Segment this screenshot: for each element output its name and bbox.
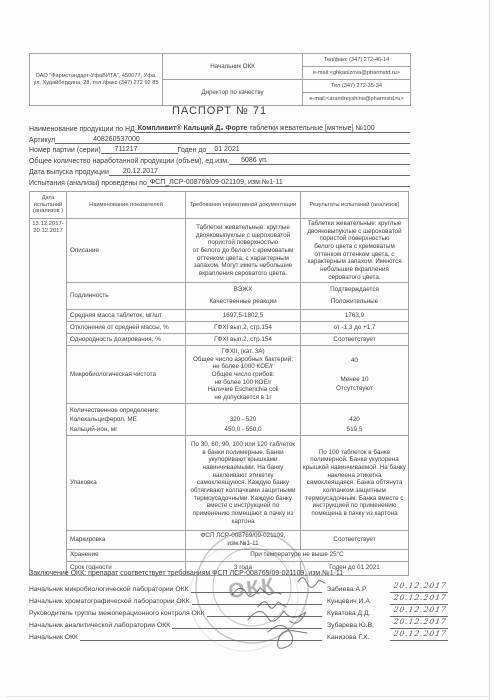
row-name: Средняя масса таблеток, мг/шт	[67, 310, 186, 322]
form-line-article: Артикул 408260537000	[29, 133, 410, 144]
email-bottom: e-mail:<arandreyshina@pharmstd.ru>	[303, 93, 411, 106]
form-label: Наименование продукции по НД	[29, 126, 135, 133]
form-value: 20.12.2017	[109, 168, 163, 176]
signature-row: Начальник микробиологической лаборатории…	[29, 581, 449, 593]
signature-row: Начальник ОКК Канизова Г.Х. 20.12.2017	[29, 629, 449, 641]
handwritten-date: 20.12.2017	[390, 581, 450, 593]
form-underline	[163, 175, 410, 176]
signature-line	[172, 619, 322, 629]
scan-edge-shadow	[489, 0, 490, 700]
row-requirement: ГФХII, (кат. 3А) Общее число аэробных ба…	[186, 346, 301, 404]
form-value: Компливит® Кальций Д₃ Форте таблетки жев…	[135, 125, 380, 133]
row-result: Соответствует	[301, 334, 409, 346]
form-underline	[380, 132, 410, 133]
signer-name: Куватова Д.Д.	[322, 610, 391, 617]
signature-line	[192, 595, 322, 605]
signature-block: Начальник микробиологической лаборатории…	[29, 581, 449, 641]
row-name: Описание	[67, 219, 186, 283]
signer-title: Начальник ОКК	[29, 634, 80, 641]
product-form-lines: Наименование продукции по НД Компливит® …	[29, 122, 410, 187]
form-underline	[245, 153, 410, 154]
email-top: e-mail:<ghkanizova@pharmstd.ru>	[303, 67, 411, 80]
row-result: 420 519,5	[301, 404, 409, 436]
form-value-2: 01 2021	[206, 146, 244, 154]
form-label: Артикул	[29, 137, 55, 144]
row-requirement: ГФХI вып.2, стр.154	[186, 322, 301, 334]
form-label: Дата выпуска продукции	[29, 169, 109, 176]
form-value: ФСП_ЛСР-008769/09-021109, изм.№1-11	[147, 179, 288, 187]
table-row: Средняя масса таблеток, мг/шт 1697,5-180…	[30, 310, 409, 322]
form-label: Испытания (анализы) проведены по	[29, 180, 147, 187]
form-underline	[273, 164, 410, 165]
row-requirement: ФСП ЛСР-008769/09-021109, изм.№1-11	[186, 531, 301, 549]
conclusion-line: Заключение ОКК: препарат соответствует т…	[29, 570, 449, 577]
form-underline	[145, 143, 410, 144]
form-label: Номер партии (серии)	[29, 147, 101, 154]
row-merged-value: При температуре не выше 25°С	[186, 549, 409, 561]
form-value: 5086 уп.	[229, 157, 273, 165]
product-name-rest: таблетки жевательные [мятные] №100	[247, 125, 374, 132]
row-result: от -1,3 до +1,7	[301, 322, 409, 334]
col-header-results: Результаты испытаний (анализов)	[301, 192, 409, 219]
form-line-product-name: Наименование продукции по НД Компливит® …	[29, 122, 410, 133]
col-header-date: Дата испытаний (анализов )	[30, 192, 67, 219]
form-value: 711217	[101, 146, 178, 154]
passport-document-page: ОАО "Фармстандарт-УфаВИТА", 450077, Уфа,…	[0, 0, 494, 700]
row-result: Таблетки жевательные: круглые двояковыпу…	[301, 219, 409, 283]
signer-name: Канизова Г.Х.	[322, 634, 391, 641]
signature-line	[207, 607, 322, 617]
header-contact-table: ОАО "Фармстандарт-УфаВИТА", 450077, Уфа,…	[29, 53, 411, 106]
col-header-requirements: Требования нормативной документации	[186, 192, 301, 219]
row-name: Подлинность	[67, 283, 186, 310]
table-header-row: Дата испытаний (анализов ) Наименование …	[30, 192, 409, 219]
page-title: ПАСПОРТ № 71	[29, 105, 410, 117]
row-name: Маркировка	[67, 531, 186, 549]
role-okk-head: Начальник ОКК	[163, 54, 303, 80]
form-underline	[288, 186, 410, 187]
table-row: Отклонение от средней массы, % ГФХI вып.…	[30, 322, 409, 334]
signer-name: Забиева А.Р.	[322, 586, 391, 593]
signature-row: Руководитель группы межоперационного кон…	[29, 605, 449, 617]
form-line-batch: Номер партии (серии) 711217 Годен до 01 …	[29, 144, 410, 155]
scan-edge-shadow	[6, 696, 490, 697]
form-value: 408260537000	[55, 136, 145, 144]
form-line-tests: Испытания (анализы) проведены по ФСП_ЛСР…	[29, 176, 410, 187]
signer-title: Начальник хроматографической лаборатории…	[29, 598, 192, 605]
signer-title: Начальник аналитической лаборатории ОКК	[29, 622, 172, 629]
row-name: Микробиологическая чистота	[67, 346, 186, 404]
row-result: 40 Менее 10 Отсутствуют	[301, 346, 409, 404]
test-results-table: Дата испытаний (анализов ) Наименование …	[29, 191, 409, 576]
form-label: Общее количество наработанной продукции …	[29, 158, 229, 165]
signature-row: Начальник хроматографической лаборатории…	[29, 593, 449, 605]
row-result: Соответствует	[301, 531, 409, 549]
signer-name: Зубарева Ю.В.	[322, 622, 391, 629]
phone-fax: Тел/факс (347) 272-46-14	[303, 54, 411, 67]
handwritten-date: 20.12.2017	[390, 605, 450, 617]
phone: Тел (347) 272-35-34	[303, 80, 411, 93]
signer-name: Кунцевич И.А.	[322, 598, 391, 605]
role-quality-director: Директор по качеству	[163, 80, 303, 106]
row-result: Подтверждается Положительные	[301, 283, 409, 310]
test-date-range: 13.12.2017- 20.12.2017	[30, 219, 67, 576]
row-requirement: По 30, 60, 90, 100 или 120 таблеток в ба…	[186, 436, 301, 531]
row-requirement: Таблетки жевательные: круглые двояковыпу…	[186, 219, 301, 283]
row-requirement: ВЭЖХ Качественные реакции	[186, 283, 301, 310]
product-name-bold: Компливит® Кальций Д₃ Форте	[138, 125, 248, 132]
table-row: Подлинность ВЭЖХ Качественные реакции По…	[30, 283, 409, 310]
form-label-2: Годен до	[178, 147, 207, 154]
row-name: Количественное определение: Колекальцифе…	[67, 404, 186, 436]
signer-title: Руководитель группы межоперационного кон…	[29, 610, 207, 617]
table-row: Упаковка По 30, 60, 90, 100 или 120 табл…	[30, 436, 409, 531]
col-header-parameter: Наименование показателей	[67, 192, 186, 219]
row-name: Хранение	[67, 549, 186, 561]
table-row: Хранение При температуре не выше 25°С	[30, 549, 409, 561]
table-row: 13.12.2017- 20.12.2017 Описание Таблетки…	[30, 219, 409, 283]
form-line-quantity: Общее количество наработанной продукции …	[29, 154, 410, 165]
row-result: 1763,9	[301, 310, 409, 322]
handwritten-date: 20.12.2017	[390, 617, 450, 629]
row-name: Однородность дозирования, %	[67, 334, 186, 346]
form-line-release-date: Дата выпуска продукции 20.12.2017	[29, 165, 410, 176]
table-row: Маркировка ФСП ЛСР-008769/09-021109, изм…	[30, 531, 409, 549]
table-row: Микробиологическая чистота ГФХII, (кат. …	[30, 346, 409, 404]
signature-line	[80, 631, 322, 641]
handwritten-date: 20.12.2017	[390, 593, 450, 605]
row-requirement: 1697,5-1802,5	[186, 310, 301, 322]
signature-row: Начальник аналитической лаборатории ОКК …	[29, 617, 449, 629]
row-requirement: 320 - 520 450,0 - 550,0	[186, 404, 301, 436]
table-row: Количественное определение: Колекальцифе…	[30, 404, 409, 436]
table-row: Однородность дозирования, % ГФХI вып.2, …	[30, 334, 409, 346]
handwritten-date: 20.12.2017	[390, 629, 450, 641]
row-result: По 100 таблеток в банке полимерной. Банк…	[301, 436, 409, 531]
row-name: Отклонение от средней массы, %	[67, 322, 186, 334]
signer-title: Начальник микробиологической лаборатории…	[29, 586, 191, 593]
row-requirement: ГФХI вып.2, стр.154	[186, 334, 301, 346]
org-address: ОАО "Фармстандарт-УфаВИТА", 450077, Уфа,…	[30, 54, 163, 106]
row-name: Упаковка	[67, 436, 186, 531]
signature-line	[191, 583, 322, 593]
